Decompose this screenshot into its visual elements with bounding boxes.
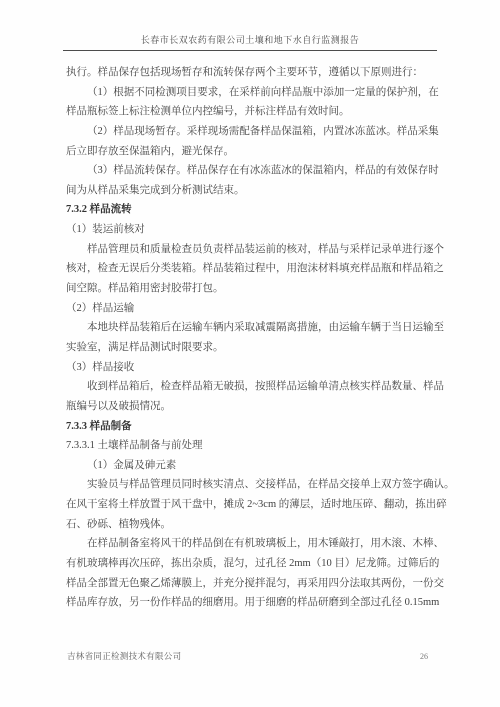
list-item-heading: （1）装运前核对 <box>66 220 434 240</box>
footer-company-name: 吉林省同正检测技术有限公司 <box>67 650 181 662</box>
body-line: 实验室，满足样品测试时限要求。 <box>66 338 434 358</box>
section-heading-7-3-3: 7.3.3 样品制备 <box>66 417 434 437</box>
body-line: 样品全部置无色聚乙烯薄膜上，并充分搅拌混匀，再采用四分法取其两份，一份交 <box>66 574 434 594</box>
body-line: 核对，检查无误后分类装箱。样品装箱过程中，用泡沫材料填充样品瓶和样品箱之 <box>66 259 434 279</box>
body-line: 后立即存放至保温箱内，避光保存。 <box>66 142 434 162</box>
body-line: 本地块样品装箱后在运输车辆内采取减震隔离措施，由运输车辆于当日运输至 <box>66 318 434 338</box>
body-line: 样品库存放，另一份作样品的细磨用。用于细磨的样品研磨到全部过孔径 0.15mm <box>66 593 434 613</box>
body-line: （3）样品流转保存。样品保存在有冰冻蓝冰的保温箱内，样品的有效保存时 <box>66 161 434 181</box>
body-line: 间为从样品采集完成到分析测试结束。 <box>66 181 434 201</box>
list-item-heading: （2）样品运输 <box>66 299 434 319</box>
body-line: 收到样品箱后，检查样品箱无破损，按照样品运输单清点核实样品数量、样品 <box>66 377 434 397</box>
body-line: 有机玻璃棒再次压碎，拣出杂质，混匀，过孔径 2mm（10 目）尼龙筛。过筛后的 <box>66 554 434 574</box>
body-line: 在样品制备室将风干的样品倒在有机玻璃板上，用木锤敲打，用木滚、木棒、 <box>66 534 434 554</box>
body-line: 实验员与样品管理员同时核实清点、交接样品，在样品交接单上双方签字确认。 <box>66 475 434 495</box>
footer-page-number: 26 <box>420 651 428 662</box>
body-line: 瓶编号以及破损情况。 <box>66 397 434 417</box>
page-header-title: 长春市长双农药有限公司土壤和地下水自行监测报告 <box>63 34 437 51</box>
document-page: 长春市长双农药有限公司土壤和地下水自行监测报告 执行。样品保存包括现场暂存和流转… <box>0 0 500 707</box>
list-item-heading: （3）样品接收 <box>66 358 434 378</box>
body-line: （2）样品现场暂存。采样现场需配备样品保温箱，内置冰冻蓝冰。样品采集 <box>66 122 434 142</box>
list-item-heading: （1）金属及砷元素 <box>66 456 434 476</box>
body-line: （1）根据不同检测项目要求，在采样前向样品瓶中添加一定量的保护剂，在 <box>66 83 434 103</box>
body-line: 间空隙。样品箱用密封胶带打包。 <box>66 279 434 299</box>
document-body: 执行。样品保存包括现场暂存和流转保存两个主要环节，遵循以下原则进行： （1）根据… <box>66 63 434 613</box>
section-heading-7-3-2: 7.3.2 样品流转 <box>66 200 434 220</box>
body-line: 样品管理员和质量检查员负责样品装运前的核对，样品与采样记录单进行逐个 <box>66 240 434 260</box>
subsection-heading-7-3-3-1: 7.3.3.1 土壤样品制备与前处理 <box>66 436 434 456</box>
body-line: 在风干室将土样放置于风干盘中，摊成 2~3cm 的薄层，适时地压碎、翻动，拣出碎 <box>66 495 434 515</box>
body-line: 样品瓶标签上标注检测单位内控编号，并标注样品有效时间。 <box>66 102 434 122</box>
body-line: 执行。样品保存包括现场暂存和流转保存两个主要环节，遵循以下原则进行： <box>66 63 434 83</box>
body-line: 石、砂砾、植物残体。 <box>66 515 434 535</box>
